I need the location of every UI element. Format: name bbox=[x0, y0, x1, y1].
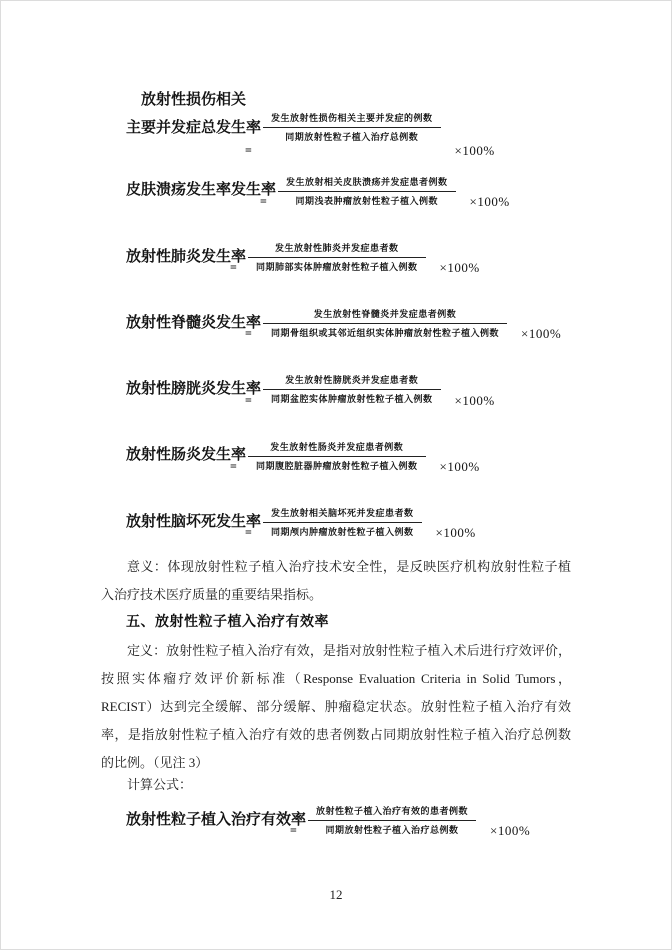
formula-label: 放射性脑坏死发生率 bbox=[126, 509, 261, 537]
fraction: 发生放射性膀胱炎并发症患者数 同期盆腔实体肿瘤放射性粒子植入例数 bbox=[263, 374, 441, 405]
fraction: 发生放射性脊髓炎并发症患者例数 同期骨组织或其邻近组织实体肿瘤放射性粒子植入例数 bbox=[263, 308, 507, 339]
paragraph-line: 率，是指放射性粒子植入治疗有效的患者例数占同期放射性粒子植入治疗总例数 bbox=[101, 721, 571, 749]
complication-formulas-section: 放射性损伤相关 主要并发症总发生率 = 发生放射性损伤相关主要并发症的例数 同期… bbox=[101, 87, 571, 538]
fraction-denominator: 同期肺部实体肿瘤放射性粒子植入例数 bbox=[248, 257, 426, 273]
fraction-denominator: 同期盆腔实体肿瘤放射性粒子植入例数 bbox=[263, 389, 441, 405]
multiply-100-percent: ×100% bbox=[521, 326, 561, 342]
formula-radiation-cystitis-rate: 放射性膀胱炎发生率 = 发生放射性膀胱炎并发症患者数 同期盆腔实体肿瘤放射性粒子… bbox=[126, 374, 571, 405]
section-heading: 五、放射性粒子植入治疗有效率 bbox=[101, 609, 571, 637]
fraction-denominator: 同期放射性粒子植入治疗总例数 bbox=[308, 820, 476, 836]
fraction-numerator: 发生放射相关皮肤溃疡并发症患者例数 bbox=[278, 176, 456, 191]
fraction-numerator: 发生放射相关脑坏死并发症患者数 bbox=[263, 507, 422, 522]
formula-label: 皮肤溃疡发生率发生率 bbox=[126, 177, 276, 205]
definition-paragraph: 定义：放射性粒子植入治疗有效，是指对放射性粒子植入术后进行疗效评价， 按照实体瘤… bbox=[101, 637, 571, 777]
formula-intro: 计算公式： bbox=[101, 771, 571, 799]
formula-radiation-myelitis-rate: 放射性脊髓炎发生率 = 发生放射性脊髓炎并发症患者例数 同期骨组织或其邻近组织实… bbox=[126, 308, 571, 339]
multiply-100-percent: ×100% bbox=[455, 143, 495, 159]
formula-label: 放射性肠炎发生率 bbox=[126, 442, 246, 470]
formula-label: 放射性损伤相关 主要并发症总发生率 bbox=[126, 87, 261, 143]
multiply-100-percent: ×100% bbox=[490, 823, 530, 839]
fraction-denominator: 同期骨组织或其邻近组织实体肿瘤放射性粒子植入例数 bbox=[263, 323, 507, 339]
paragraph-line: 按照实体瘤疗效评价新标准（Response Evaluation Criteri… bbox=[101, 665, 571, 693]
formula-radiation-enteritis-rate: 放射性肠炎发生率 = 发生放射性肠炎并发症患者例数 同期腹腔脏器肿瘤放射性粒子植… bbox=[126, 441, 571, 472]
fraction-numerator: 发生放射性脊髓炎并发症患者例数 bbox=[263, 308, 507, 323]
formula-label: 放射性脊髓炎发生率 bbox=[126, 310, 261, 338]
fraction: 放射性粒子植入治疗有效的患者例数 同期放射性粒子植入治疗总例数 bbox=[308, 805, 476, 836]
fraction-numerator: 发生放射性膀胱炎并发症患者数 bbox=[263, 374, 441, 389]
multiply-100-percent: ×100% bbox=[436, 525, 476, 541]
fraction-numerator: 放射性粒子植入治疗有效的患者例数 bbox=[308, 805, 476, 820]
fraction-numerator: 发生放射性肠炎并发症患者例数 bbox=[248, 441, 426, 456]
paragraph-line: 入治疗技术医疗质量的重要结果指标。 bbox=[101, 581, 571, 609]
formula-label: 放射性膀胱炎发生率 bbox=[126, 376, 261, 404]
page-number: 12 bbox=[1, 887, 671, 903]
significance-paragraph: 意义：体现放射性粒子植入治疗技术安全性，是反映医疗机构放射性粒子植 入治疗技术医… bbox=[101, 553, 571, 609]
fraction: 发生放射性肺炎并发症患者数 同期肺部实体肿瘤放射性粒子植入例数 bbox=[248, 242, 426, 273]
formula-brain-necrosis-rate: 放射性脑坏死发生率 = 发生放射相关脑坏死并发症患者数 同期颅内肿瘤放射性粒子植… bbox=[126, 507, 571, 538]
fraction-denominator: 同期腹腔脏器肿瘤放射性粒子植入例数 bbox=[248, 456, 426, 472]
document-page: 放射性损伤相关 主要并发症总发生率 = 发生放射性损伤相关主要并发症的例数 同期… bbox=[0, 0, 672, 950]
fraction-numerator: 发生放射性损伤相关主要并发症的例数 bbox=[263, 112, 441, 127]
formula-label: 放射性粒子植入治疗有效率 bbox=[126, 807, 306, 835]
fraction: 发生放射性肠炎并发症患者例数 同期腹腔脏器肿瘤放射性粒子植入例数 bbox=[248, 441, 426, 472]
fraction: 发生放射相关皮肤溃疡并发症患者例数 同期浅表肿瘤放射性粒子植入例数 bbox=[278, 176, 456, 207]
formula-skin-ulcer-rate: 皮肤溃疡发生率发生率 = 发生放射相关皮肤溃疡并发症患者例数 同期浅表肿瘤放射性… bbox=[126, 176, 571, 207]
fraction-denominator: 同期浅表肿瘤放射性粒子植入例数 bbox=[278, 191, 456, 207]
formula-radiation-injury-major-complication-rate: 放射性损伤相关 主要并发症总发生率 = 发生放射性损伤相关主要并发症的例数 同期… bbox=[126, 87, 571, 143]
paragraph-line: 意义：体现放射性粒子植入治疗技术安全性，是反映医疗机构放射性粒子植 bbox=[101, 553, 571, 581]
multiply-100-percent: ×100% bbox=[470, 194, 510, 210]
multiply-100-percent: ×100% bbox=[440, 459, 480, 475]
fraction-numerator: 发生放射性肺炎并发症患者数 bbox=[248, 242, 426, 257]
paragraph-line: 计算公式： bbox=[101, 771, 571, 799]
formula-label: 放射性肺炎发生率 bbox=[126, 244, 246, 272]
multiply-100-percent: ×100% bbox=[440, 260, 480, 276]
fraction-denominator: 同期颅内肿瘤放射性粒子植入例数 bbox=[263, 522, 422, 538]
fraction: 发生放射性损伤相关主要并发症的例数 同期放射性粒子植入治疗总例数 bbox=[263, 112, 441, 143]
fraction-denominator: 同期放射性粒子植入治疗总例数 bbox=[263, 127, 441, 143]
paragraph-line: RECIST）达到完全缓解、部分缓解、肿瘤稳定状态。放射性粒子植入治疗有效 bbox=[101, 693, 571, 721]
paragraph-line: 定义：放射性粒子植入治疗有效，是指对放射性粒子植入术后进行疗效评价， bbox=[101, 637, 571, 665]
formula-radiation-pneumonitis-rate: 放射性肺炎发生率 = 发生放射性肺炎并发症患者数 同期肺部实体肿瘤放射性粒子植入… bbox=[126, 242, 571, 273]
fraction: 发生放射相关脑坏死并发症患者数 同期颅内肿瘤放射性粒子植入例数 bbox=[263, 507, 422, 538]
formula-treatment-effective-rate: 放射性粒子植入治疗有效率 = 放射性粒子植入治疗有效的患者例数 同期放射性粒子植… bbox=[126, 805, 571, 836]
multiply-100-percent: ×100% bbox=[455, 393, 495, 409]
